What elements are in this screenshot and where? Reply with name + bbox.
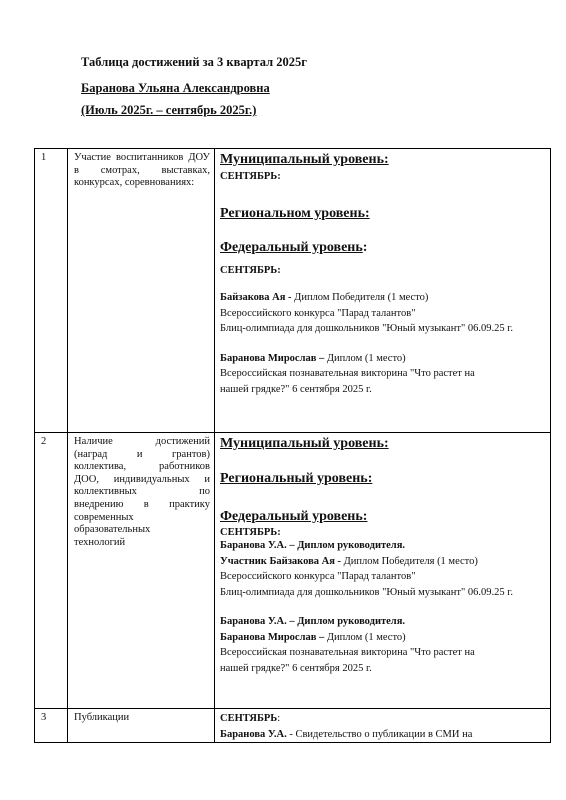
event-line: Всероссийского конкурса "Парад талантов" [220, 569, 546, 585]
month-label: СЕНТЯБРЬ [220, 713, 277, 724]
document-title: Таблица достижений за 3 квартал 2025г [81, 55, 307, 70]
achievement-block: Баранова У.А. – Диплом руководителя. Уча… [220, 538, 546, 600]
separator: - [285, 292, 294, 303]
regional-level-heading: Региональный уровень: [220, 471, 546, 487]
description-text: Участие воспитанников ДОУ в смотрах, выс… [74, 152, 210, 190]
event-line: Всероссийская познавательная викторина "… [220, 366, 546, 382]
description-line: (наград и грантов) [74, 449, 210, 462]
event-line: нашей грядке?" 6 сентября 2025 г. [220, 661, 546, 677]
federal-level-text: Федеральный уровень [220, 240, 363, 255]
event-line: Всероссийского конкурса "Парад талантов" [220, 306, 546, 322]
row-content: Муниципальный уровень: СЕНТЯБРЬ: Региона… [215, 149, 551, 433]
municipal-level-heading: Муниципальный уровень: [220, 436, 546, 452]
person-name: Баранова Ульяна Александровна [81, 81, 270, 96]
event-line: Блиц-олимпиада для дошкольников "Юный му… [220, 585, 546, 601]
description-line: современных [74, 512, 210, 525]
month-label: СЕНТЯБРЬ: [220, 171, 546, 182]
description-justified: Наличие достижений (наград и грантов) ко… [74, 436, 210, 512]
achievement-entry: Байзакова Ая - Диплом Победителя (1 мест… [220, 290, 546, 337]
row-number: 1 [35, 149, 68, 433]
municipal-level-heading: Муниципальный уровень: [220, 152, 546, 168]
regional-level-heading: Региональном уровень: [220, 206, 546, 222]
description-line: образовательных [74, 524, 210, 537]
participant-name: Байзакова Ая [220, 292, 285, 303]
row-description: Наличие достижений (наград и грантов) ко… [68, 433, 215, 709]
table-row: 1 Участие воспитанников ДОУ в смотрах, в… [35, 149, 551, 433]
row-content: Муниципальный уровень: Региональный уров… [215, 433, 551, 709]
description-line: ДОО, индивидуальных и [74, 474, 210, 487]
event-line: Блиц-олимпиада для дошкольников "Юный му… [220, 321, 546, 337]
month-label: СЕНТЯБРЬ: [220, 527, 546, 538]
leader-award: Баранова У.А. – Диплом руководителя. [220, 614, 546, 630]
separator: - [335, 556, 344, 567]
participant-name: Баранова Мирослав – [220, 353, 324, 364]
federal-level-heading: Федеральный уровень: [220, 509, 546, 525]
table-row: 2 Наличие достижений (наград и грантов) … [35, 433, 551, 709]
publication-text: - Свидетельство о публикации в СМИ на [287, 729, 473, 740]
award-text: Диплом Победителя (1 место) [344, 556, 478, 567]
description-line: коллектива, работников [74, 461, 210, 474]
achievement-block: Баранова У.А. – Диплом руководителя. Бар… [220, 614, 546, 676]
leader-award: Баранова У.А. – Диплом руководителя. [220, 538, 546, 554]
row-description: Публикации [68, 709, 215, 743]
row-number: 3 [35, 709, 68, 743]
description-line: внедрению в практику [74, 499, 210, 512]
table-row: 3 Публикации СЕНТЯБРЬ: Баранова У.А. - С… [35, 709, 551, 743]
award-text: Диплом Победителя (1 место) [294, 292, 428, 303]
federal-colon: : [363, 240, 368, 255]
row-number: 2 [35, 433, 68, 709]
award-text: Диплом (1 место) [327, 353, 406, 364]
description-line: коллективных по [74, 486, 210, 499]
award-text: Диплом (1 место) [327, 632, 406, 643]
month-label: СЕНТЯБРЬ: [220, 265, 546, 276]
participant-name: Баранова Мирослав – [220, 632, 324, 643]
participant-name: Баранова У.А. [220, 729, 287, 740]
month-colon: : [277, 713, 280, 724]
federal-level-heading: Федеральный уровень: [220, 240, 546, 256]
achievement-entry: Баранова Мирослав – Диплом (1 место) Все… [220, 351, 546, 398]
description-line: технологий [74, 537, 210, 550]
event-line: нашей грядке?" 6 сентября 2025 г. [220, 382, 546, 398]
row-description: Участие воспитанников ДОУ в смотрах, выс… [68, 149, 215, 433]
row-content: СЕНТЯБРЬ: Баранова У.А. - Свидетельство … [215, 709, 551, 743]
achievements-table: 1 Участие воспитанников ДОУ в смотрах, в… [34, 148, 551, 743]
reporting-period: (Июль 2025г. – сентябрь 2025г.) [81, 103, 256, 118]
event-line: Всероссийская познавательная викторина "… [220, 645, 546, 661]
description-line: Наличие достижений [74, 436, 210, 449]
participant-name: Участник Байзакова Ая [220, 556, 335, 567]
